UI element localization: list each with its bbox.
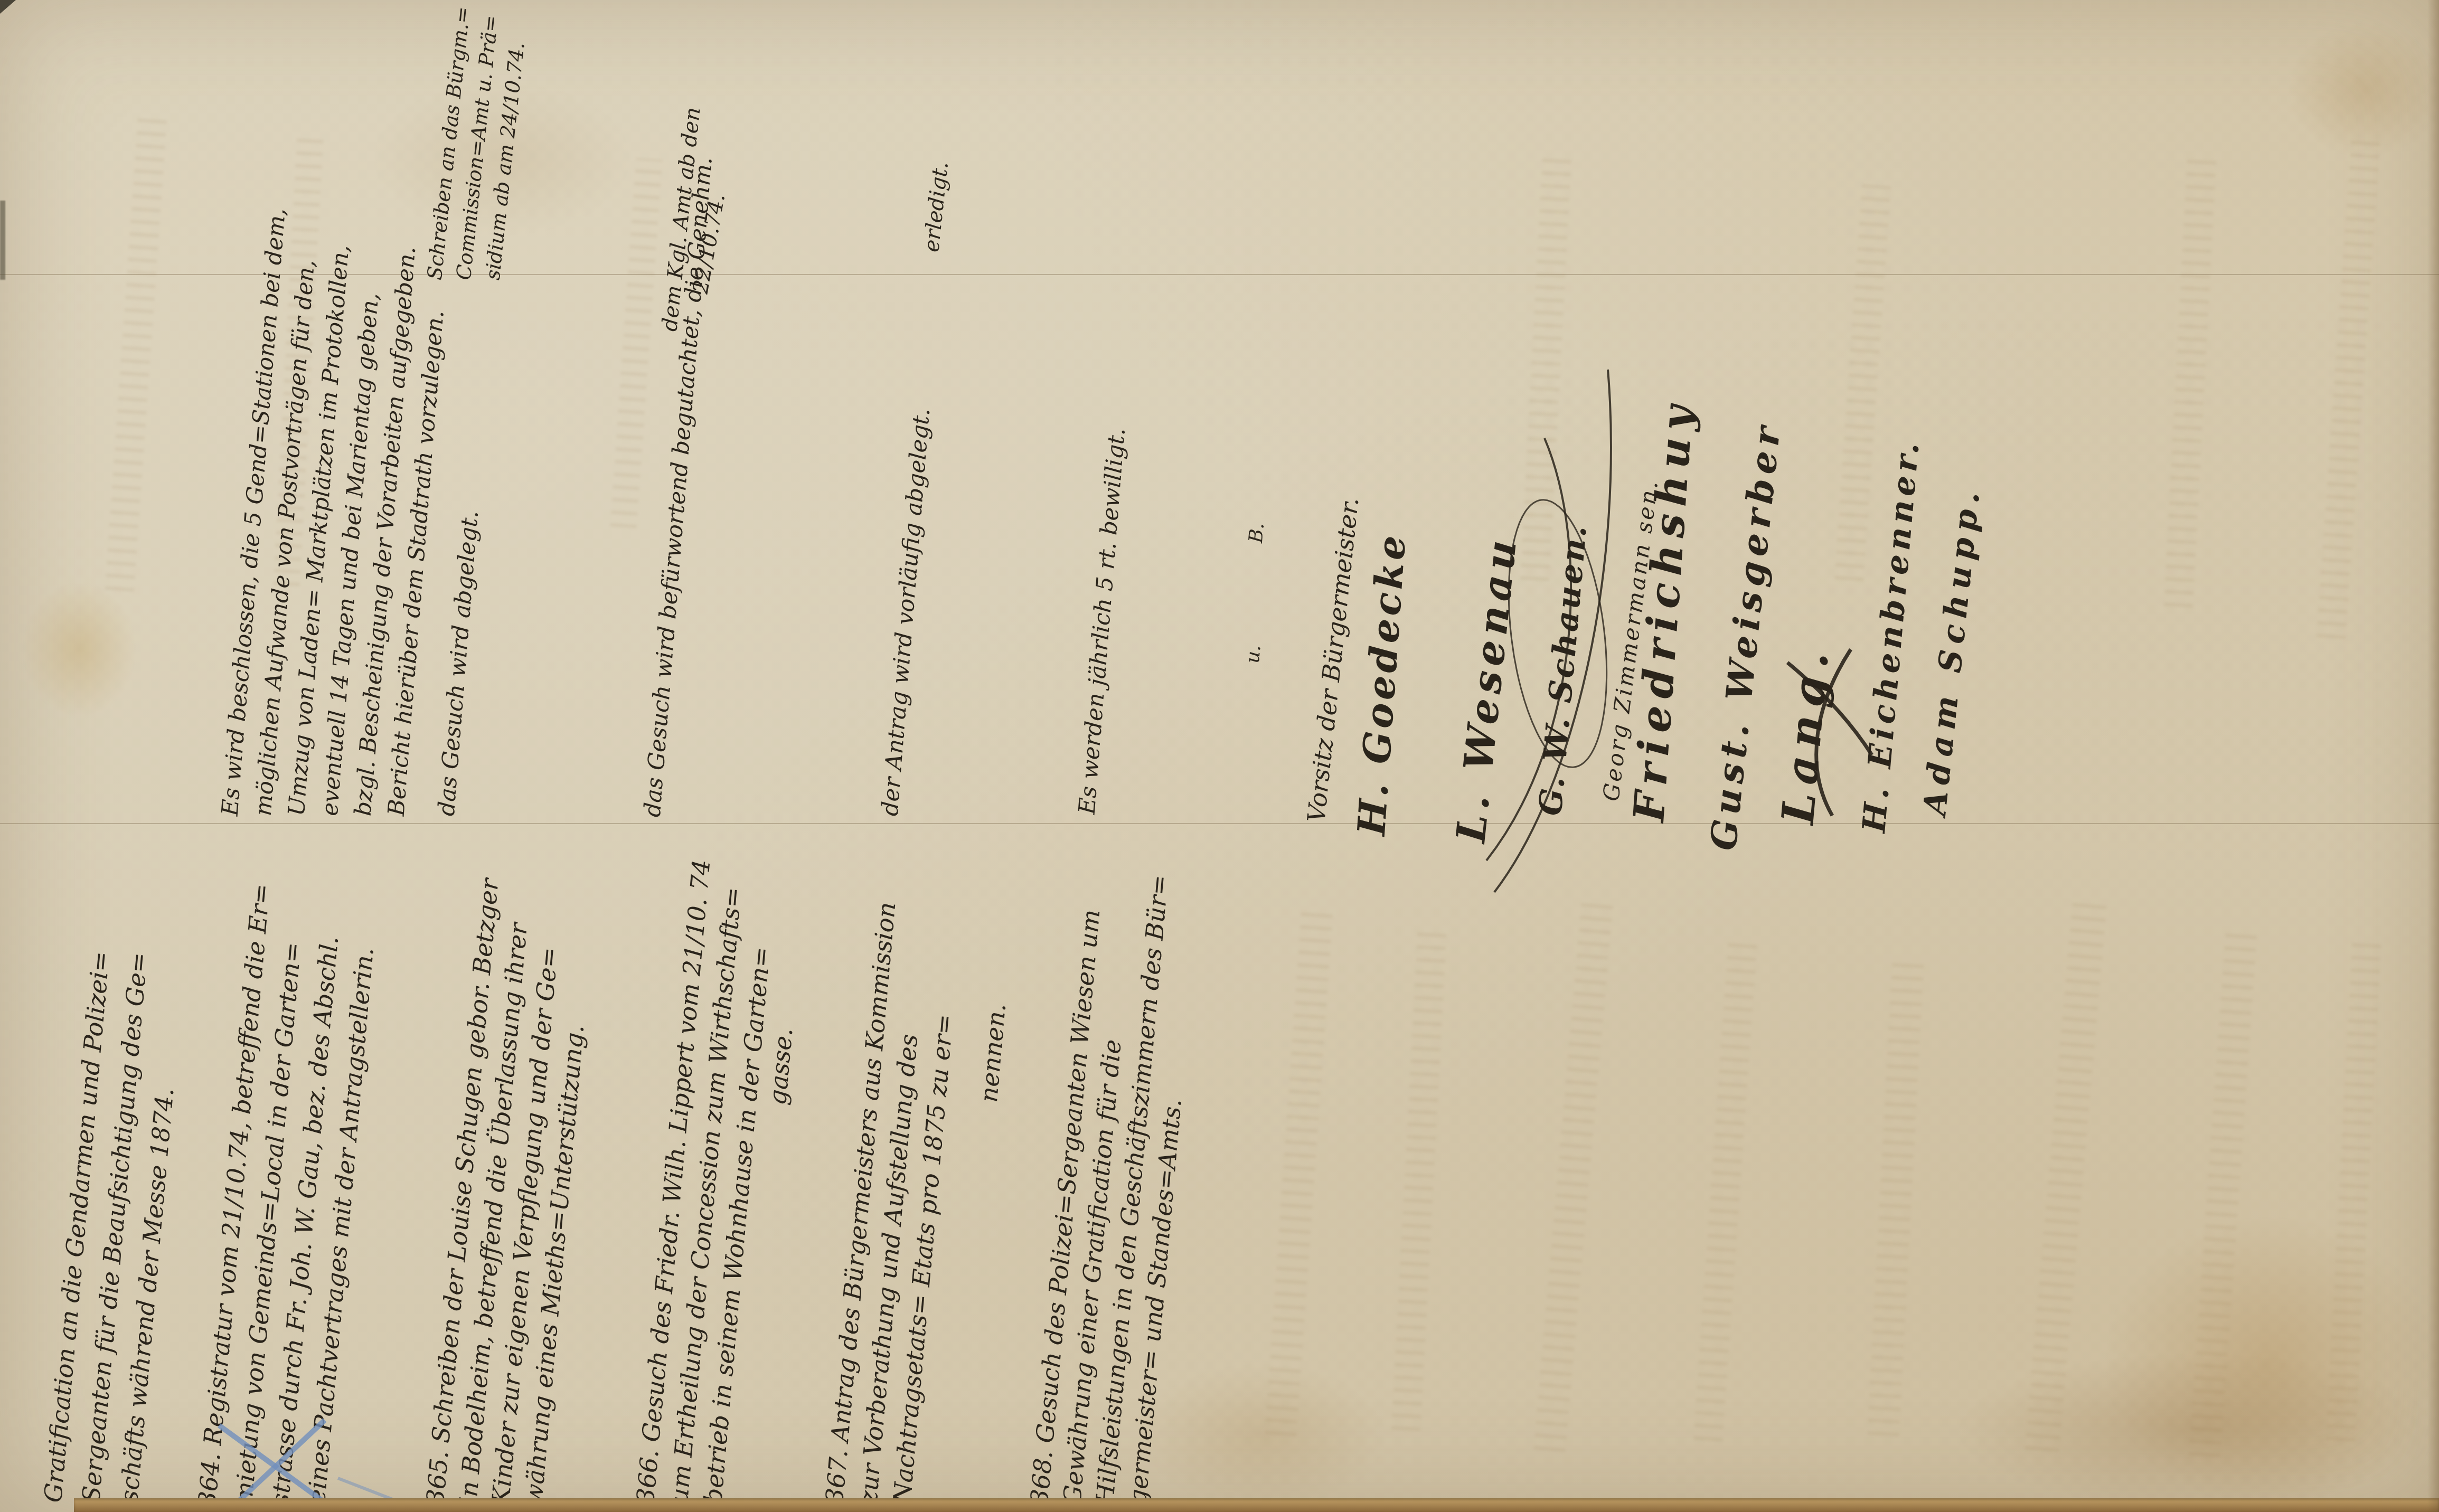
bleedthrough-text — [2326, 939, 2381, 1442]
ledger-rule-top — [0, 274, 2439, 275]
scanned-ledger-page: Gratification an die Gendarmen und Poliz… — [0, 0, 2439, 1512]
blue-cross-mark — [338, 1478, 417, 1509]
paper-stain — [1954, 1352, 2439, 1510]
bleedthrough-text — [1265, 908, 1333, 1437]
page-edge-left-streak — [0, 201, 5, 280]
approval-mark: B. — [1245, 522, 1269, 544]
bleedthrough-text — [1391, 929, 1447, 1431]
page-edge-corner-topleft — [0, 0, 16, 14]
signature-name: H. Goedecke — [1349, 531, 1415, 837]
bleedthrough-text — [105, 116, 167, 592]
bleedthrough-text — [1693, 939, 1757, 1442]
bleedthrough-text — [2189, 929, 2257, 1458]
bleedthrough-text — [2316, 137, 2380, 639]
paper-stain — [2286, 21, 2439, 158]
entry-367-resolution-line: der Antrag wird vorläufig abgelegt. — [877, 408, 936, 817]
bleedthrough-text — [2024, 897, 2107, 1452]
bleedthrough-text — [1520, 158, 1571, 581]
entry-367-body-line: nennen. — [974, 1003, 1012, 1104]
signature-name: G. W. Schauen. — [1531, 522, 1595, 817]
paper-stain — [2102, 1214, 2439, 1510]
paper-stain — [1135, 1362, 1389, 1510]
entry-368-resolution-line: Es werden jährlich 5 rt. bewilligt. — [1074, 427, 1132, 816]
entry-366-body-line: gasse. — [763, 1027, 799, 1106]
bleedthrough-text — [610, 158, 663, 528]
signature-name: L. Wesenau — [1446, 533, 1527, 845]
approval-mark: u. — [1241, 644, 1266, 664]
signature-name: H. Eichenbrenner. — [1855, 437, 1927, 834]
bleedthrough-text — [1533, 897, 1613, 1452]
signature-name: Lang. — [1772, 641, 1840, 826]
ledger-rule-middle — [0, 823, 2439, 824]
entry-367-dispatch-note-line: erledigt. — [919, 160, 954, 253]
entry-365-resolution-line: das Gesuch wird abgelegt. — [434, 509, 485, 817]
signature-name: Adam Schupp. — [1916, 484, 1988, 817]
bleedthrough-text — [1867, 960, 1924, 1437]
paper-stain — [21, 581, 137, 718]
bleedthrough-text — [2164, 158, 2216, 608]
page-edge-right — [2427, 0, 2439, 1512]
